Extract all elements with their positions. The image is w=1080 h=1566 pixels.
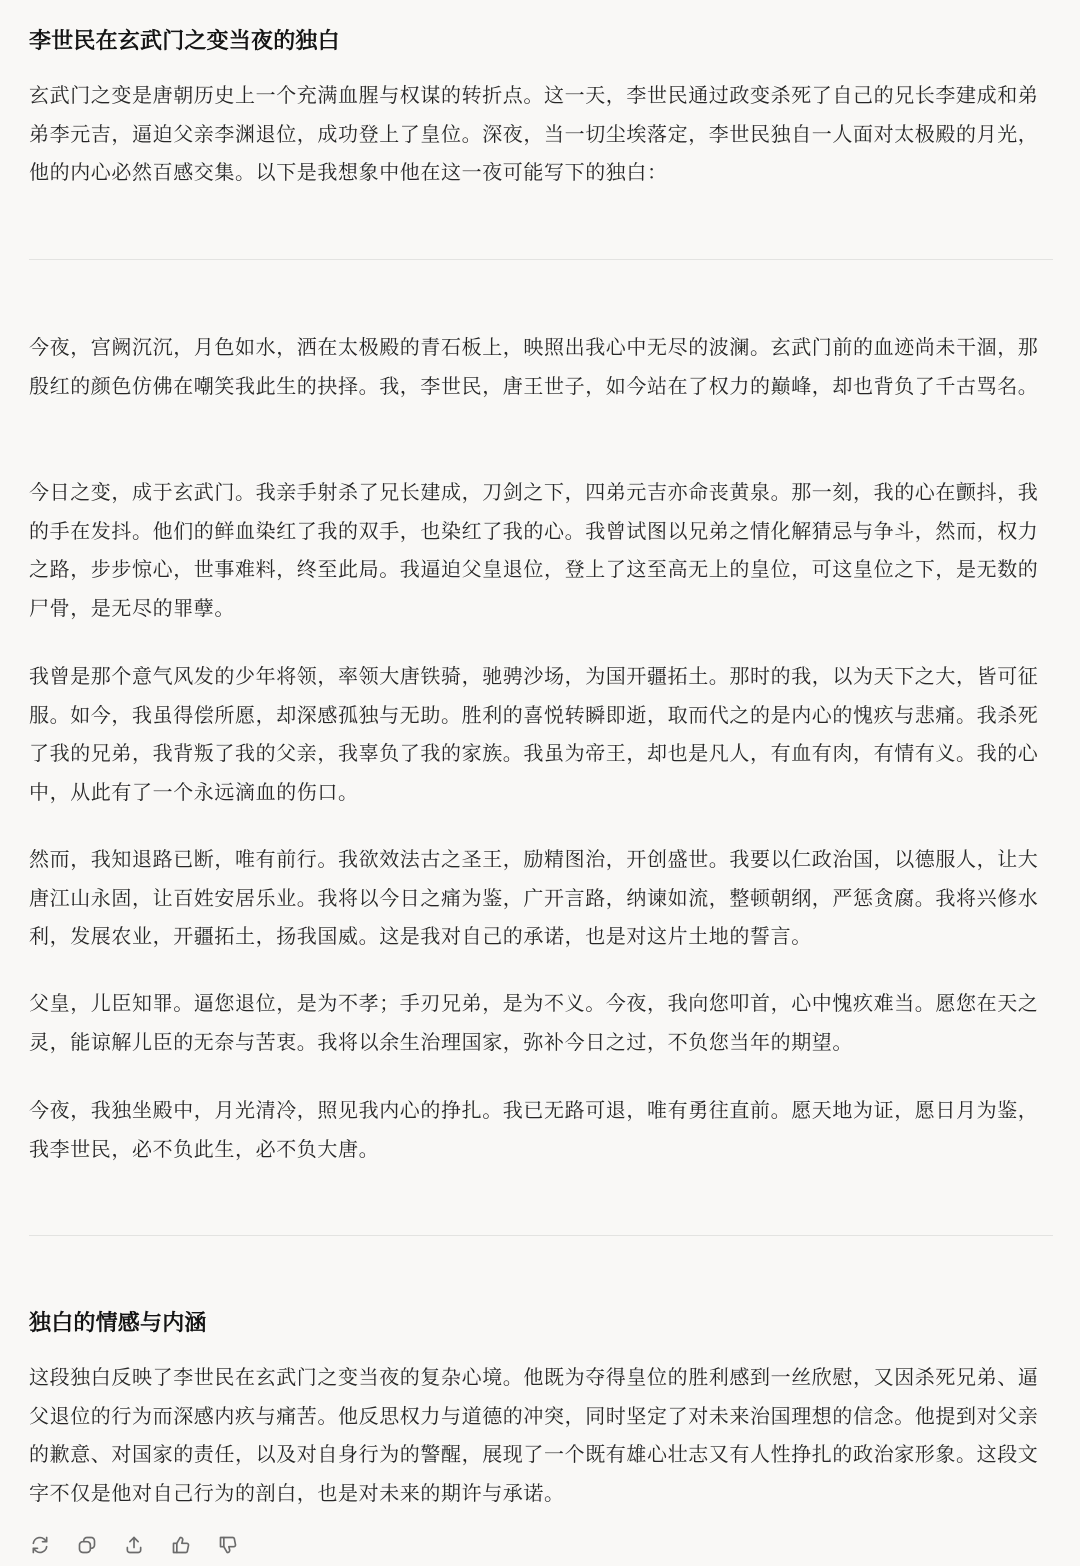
divider (29, 259, 1053, 260)
copy-icon (77, 1535, 97, 1555)
monologue-paragraph: 今夜，宫阙沉沉，月色如水，洒在太极殿的青石板上，映照出我心中无尽的波澜。玄武门前… (29, 328, 1053, 405)
thumbs-down-icon (218, 1535, 238, 1555)
monologue-paragraph: 我曾是那个意气风发的少年将领，率领大唐铁骑，驰骋沙场，为国开疆拓土。那时的我，以… (29, 657, 1053, 811)
analysis-paragraph: 这段独白反映了李世民在玄武门之变当夜的复杂心境。他既为夺得皇位的胜利感到一丝欣慰… (29, 1358, 1053, 1512)
monologue-paragraph: 今日之变，成于玄武门。我亲手射杀了兄长建成，刀剑之下，四弟元吉亦命丧黄泉。那一刻… (29, 473, 1053, 627)
section-heading-monologue: 李世民在玄武门之变当夜的独白 (29, 27, 1053, 57)
thumbs-up-icon (171, 1535, 191, 1555)
regenerate-icon (30, 1535, 50, 1555)
monologue-paragraph: 今夜，我独坐殿中，月光清冷，照见我内心的挣扎。我已无路可退，唯有勇往直前。愿天地… (29, 1091, 1053, 1168)
monologue-paragraph: 然而，我知退路已断，唯有前行。我欲效法古之圣王，励精图治，开创盛世。我要以仁政治… (29, 840, 1053, 956)
monologue-paragraph: 父皇，儿臣知罪。逼您退位，是为不孝；手刃兄弟，是为不义。今夜，我向您叩首，心中愧… (29, 984, 1053, 1061)
message-actions (29, 1534, 264, 1556)
section-heading-analysis: 独白的情感与内涵 (29, 1309, 1053, 1339)
regenerate-button[interactable] (29, 1534, 51, 1556)
intro-paragraph: 玄武门之变是唐朝历史上一个充满血腥与权谋的转折点。这一天，李世民通过政变杀死了自… (29, 76, 1053, 192)
copy-button[interactable] (76, 1534, 98, 1556)
share-button[interactable] (123, 1534, 145, 1556)
share-icon (124, 1535, 144, 1555)
divider (29, 1235, 1053, 1236)
thumbs-down-button[interactable] (217, 1534, 239, 1556)
thumbs-up-button[interactable] (170, 1534, 192, 1556)
